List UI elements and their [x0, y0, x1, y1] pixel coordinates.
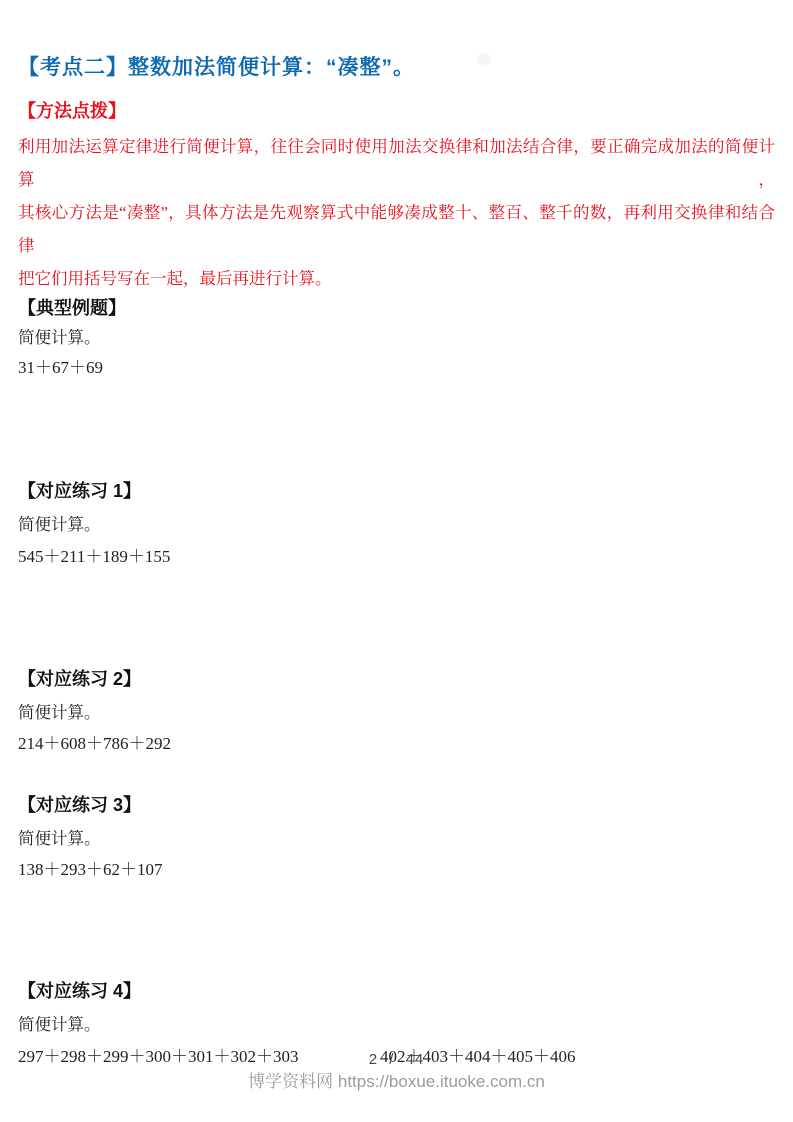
exercise-2-prompt: 简便计算。 [18, 698, 775, 728]
exam-point-title: 【考点二】整数加法简便计算：“凑整”。 [18, 55, 775, 81]
example-heading: 【典型例题】 [18, 295, 775, 321]
exercise-3-heading: 【对应练习 3】 [18, 792, 775, 818]
method-tips-line-2: 其核心方法是“凑整”，具体方法是先观察算式中能够凑成整十、整百、整千的数，再利用… [18, 196, 775, 262]
exercise-1-heading: 【对应练习 1】 [18, 478, 775, 504]
method-tips-heading: 【方法点拨】 [18, 99, 775, 123]
page-number: 2 / 44 [0, 1050, 793, 1070]
faint-print-artifact [477, 53, 491, 65]
exercise-2-expression: 214＋608＋786＋292 [18, 729, 775, 759]
exercise-1-prompt: 简便计算。 [18, 510, 775, 540]
exercise-2-heading: 【对应练习 2】 [18, 666, 775, 692]
method-tips-paragraph: 利用加法运算定律进行简便计算，往往会同时使用加法交换律和加法结合律，要正确完成加… [18, 130, 775, 295]
example-expression: 31＋67＋69 [18, 353, 775, 383]
site-watermark: 博学资料网 https://boxue.ituoke.com.cn [0, 1071, 793, 1092]
exercise-1-expression: 545＋211＋189＋155 [18, 542, 775, 572]
example-prompt: 简便计算。 [18, 323, 775, 353]
exercise-2-section: 【对应练习 2】 简便计算。 214＋608＋786＋292 [18, 666, 775, 759]
page-footer: 2 / 44 博学资料网 https://boxue.ituoke.com.cn [0, 1050, 793, 1092]
worksheet-page: 【考点二】整数加法简便计算：“凑整”。 【方法点拨】 利用加法运算定律进行简便计… [0, 0, 793, 1122]
method-tips-line-3: 把它们用括号写在一起，最后再进行计算。 [18, 262, 775, 295]
method-tips-line-1: 利用加法运算定律进行简便计算，往往会同时使用加法交换律和加法结合律，要正确完成加… [18, 130, 775, 196]
exercise-3-expression: 138＋293＋62＋107 [18, 855, 775, 885]
exercise-4-heading: 【对应练习 4】 [18, 978, 775, 1004]
exercise-1-section: 【对应练习 1】 简便计算。 545＋211＋189＋155 [18, 478, 775, 572]
example-section: 【典型例题】 简便计算。 31＋67＋69 [18, 295, 775, 383]
exercise-3-prompt: 简便计算。 [18, 824, 775, 854]
exercise-4-prompt: 简便计算。 [18, 1010, 775, 1040]
exercise-3-section: 【对应练习 3】 简便计算。 138＋293＋62＋107 [18, 792, 775, 885]
